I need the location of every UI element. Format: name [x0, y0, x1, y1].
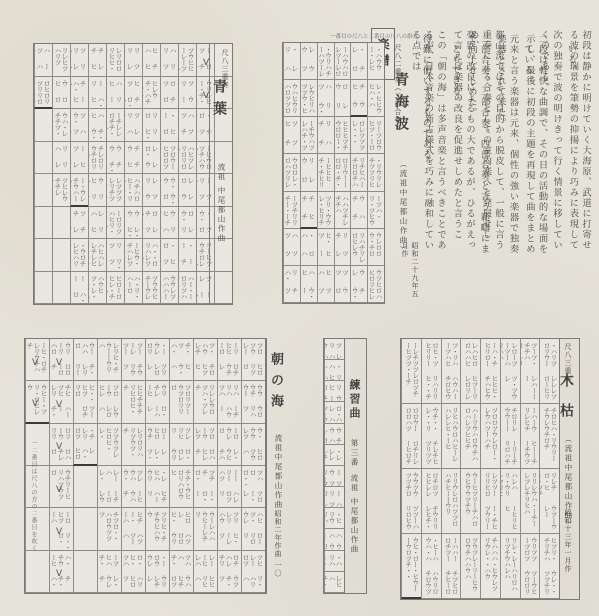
- notation-glyphs: リハーヒチウリレウレヒリ: [55, 145, 68, 171]
- notation-glyphs: ツリハヒレツ・リレハチツ: [73, 47, 86, 73]
- notation-glyphs: ツロツウレーヒロリツロ: [244, 342, 263, 377]
- score-cell: リチロ・ローハツレリツヒ: [334, 229, 351, 266]
- prose-text-block: 初段は静かに明けていく大海原、武道に打寄せる波の瑞景を筆勢の抑揚により巧みに表現…: [391, 30, 591, 260]
- score-cell: ウハ・レチチツ・ヒウウレ: [52, 109, 70, 142]
- score-cell: レロウレヒ・ロレウツツー: [178, 174, 196, 207]
- notation-glyphs: ツリウロ・レハハ: [327, 342, 342, 356]
- notation-glyphs: ・ヒーハウハ・ハハウリロチロウツ: [424, 537, 439, 595]
- notation-glyphs: ロ・レツ・ハハウ: [327, 405, 342, 419]
- score-seigaiha: ・リロー・ウツレハレーウレウヒウツウウツチウレ・・ウリハチーハツーレリローハウハ…: [282, 42, 385, 304]
- prose-column: ともできる。: [448, 44, 461, 274]
- score-cell: ーヒヒヒチ・チヒリチツリ: [317, 154, 334, 191]
- score-cell: ツリウロ・レハハ: [324, 339, 344, 360]
- score-cell: リリレレウツレウー・・ー: [124, 44, 142, 77]
- score-cell: ーレチツツレロツチーヒツツ・ーチ: [401, 339, 421, 404]
- score-cell: ・ハレーリヒハヒ: [324, 360, 344, 381]
- notation-glyphs: ・ウリハチーハツーレリロ: [320, 46, 332, 76]
- score-cell: ハヒツレリロリロハウヒ・: [178, 142, 196, 175]
- notation-glyphs: リヒロツウ・ーチ: [327, 384, 342, 398]
- score-cell: ロリウーーロロ・チ・チ・: [334, 154, 351, 191]
- notation-glyphs: ・レレレレチリヒ: [327, 448, 342, 462]
- score-cell: レハロレ・チリヒーレツ・: [88, 207, 106, 240]
- notation-glyphs: ウヒツーハウリハツーレウ: [163, 210, 176, 236]
- notation-glyphs: ーヒウ・チハレツーレチツ: [127, 242, 140, 268]
- score-cell: ツレウハウ・ーヒウハチ: [121, 466, 145, 508]
- score-seigaiha-note: 昭和二十九年五月作: [400, 242, 420, 304]
- score-cell: リリウレロハツツロハチヒーーウリ: [441, 469, 461, 534]
- notation-glyphs: ウヒレチローロロツチロヒ: [55, 80, 68, 106]
- notation-glyphs: ーロウレロレ・ウヒチハ: [220, 427, 239, 462]
- score-cell: ウヒハロウ・ツリリチツチ: [88, 174, 106, 207]
- score-cell: ・ハロツヒハロハーロウツ: [300, 229, 317, 266]
- score-kogarashi-note: 昭和十三年一月作: [563, 509, 573, 573]
- notation-glyphs: リツリウレ・リ・・ツウヒ: [109, 242, 122, 268]
- score-cell: ハツハロヒチツツチレツ・: [283, 229, 300, 266]
- notation-glyphs: ーリヒヒーロロチウチレ: [220, 342, 239, 377]
- score-seigaiha-credit: （流祖中尾都山作曲）: [398, 160, 409, 255]
- notation-glyphs: ハレハリ・ウリレウロヒーヒリヒヒ: [503, 472, 518, 530]
- notation-glyphs: ・ハリハー・ツウ: [327, 554, 342, 568]
- notation-glyphs: ツリレチロツウーロハレチ: [181, 80, 194, 106]
- score-cell: レリロロリヒヒ・チリリリ: [106, 44, 124, 77]
- score-cell: ツチチロ・リー・ロ・ー: [193, 466, 217, 508]
- score-cell: ロ・ヒ・ツハハリヒロツ: [121, 551, 145, 593]
- notation-glyphs: ヒ・・ヒツリロツーロチ: [76, 384, 95, 419]
- notation-glyphs: リロヒロロチリヒ・ーツロ: [145, 112, 158, 138]
- score-cell: ツツウツレヒロヒ・レ・: [97, 424, 121, 466]
- score-cell: ・レレレレチリヒ: [324, 445, 344, 466]
- score-cell: ウウヒロウレ・ヒ・ヒ・ツ: [124, 207, 142, 240]
- notation-glyphs: ロヒ・ツヒリリーリハリリヒ・・チ: [424, 342, 439, 400]
- notation-glyphs: ロチハレチリウツチ・ツ: [220, 554, 239, 589]
- score-cell: レツツーリリヒロー・チヒツウリー: [480, 469, 500, 534]
- score-cell: ・リウリレチツツリヒハヒ: [367, 154, 384, 191]
- score-cell: ツロリツーウツロリリロ: [169, 381, 193, 423]
- notation-glyphs: ・リロー・ウツレハレーウ: [286, 46, 298, 76]
- score-cell: リレヒツハリツロ・・ツリ: [52, 44, 70, 77]
- score-cell: ー・ウレチウハーハレーウ: [70, 174, 88, 207]
- notation-glyphs: ヒ・ツヒヒツツヒーハリウ: [320, 232, 332, 262]
- score-renshukyoku: ツリウロ・レハハ・ハレーリヒハヒリヒロツウ・ーチロ・レツ・ハハウウウレロチハロロ…: [323, 338, 345, 594]
- notation-glyphs: レリロロリヒヒ・チリリリ: [109, 47, 122, 73]
- notation-glyphs: ウロロレ・ロハツリレツ・: [286, 157, 298, 187]
- score-cell: ツリハヒレツ・リレハチツ: [70, 44, 88, 77]
- notation-glyphs: ーロリツハヒリ・ツツハリ: [109, 210, 122, 236]
- notation-glyphs: ハウヒツ・レ・ロレツハロ: [91, 275, 104, 301]
- notation-glyphs: ーヒヒヒチ・チヒリチツリ: [320, 157, 332, 187]
- notation-glyphs: チウツウハハチヒロリチロ: [127, 145, 140, 171]
- score-cell: ・ーロウウレウリレチレ: [145, 551, 169, 593]
- repeat-mark: V: [56, 400, 62, 410]
- notation-glyphs: ヒヒヒツチウロロー・ツハ: [337, 120, 349, 150]
- score-cell: リチロツロロ・ハチレレリ: [317, 117, 334, 154]
- notation-glyphs: ウウロ・ウ・レチチ・ヒー: [109, 145, 122, 171]
- score-cell: ツロツウレーヒロリツロ: [241, 339, 265, 381]
- notation-glyphs: ハヒハレレチレヒツロレレ: [91, 242, 104, 268]
- notation-glyphs: ハヒチウウハリーウロチリ: [109, 80, 122, 106]
- score-cell: ハツウ・リツリウ・ヒリウ: [317, 80, 334, 117]
- score-cell: ヒチー・ーハハツツーハ: [121, 508, 145, 550]
- score-cell: ウウツウツツチロツツーハリロヒウ: [401, 469, 421, 534]
- score-cell: ーチレレロチチ・ーヒハロ: [106, 109, 124, 142]
- notation-glyphs: リウチチチリレロヒウリレ: [303, 157, 315, 187]
- score-cell: ツヒレーロツリ・ハリハ: [241, 551, 265, 593]
- score-cell: ・リロー・ウツレハレーウ: [283, 43, 300, 80]
- score-cell: レローツーツーハロハハツ・ツウレ: [500, 339, 520, 404]
- notation-glyphs: ー・ウレチウハーハレーウ: [73, 177, 86, 202]
- score-cell: ツロロツウレロー・レウハツーハチ: [480, 404, 500, 469]
- score-cell: ーツハ・リ・ツヒウーレチ: [367, 192, 384, 229]
- score-cell: ツ・ハウレチチロヒツヒ: [193, 339, 217, 381]
- score-cell: リリレウハ・ーチーレツレチリヒハ: [520, 469, 540, 534]
- notation-glyphs: ヒチー・ーハハツツーハ: [124, 511, 143, 546]
- score-cell: ウヒー・ツリ・ロヒレウV: [25, 381, 49, 423]
- notation-glyphs: ロリウーーロロ・チ・チ・: [337, 157, 349, 187]
- score-cell: ツヒレツヒーツチロヒーリ: [283, 117, 300, 154]
- score-cell: レーーヒレハヒヒリヒハ: [193, 551, 217, 593]
- notation-glyphs: ハー・ーロリツハツローレ: [181, 275, 194, 301]
- notation-glyphs: ウ・ウウレツヒロツウハ: [244, 427, 263, 462]
- score-cell: ロヒロリツリリロウリウチ: [34, 77, 52, 110]
- score-cell: ・ヒーハウハ・ハハウリロチロウツ: [421, 534, 441, 599]
- score-kogarashi-title: 木枯: [556, 373, 576, 433]
- score-cell: ーハハーロチツーチツヒロチヒーロ: [441, 534, 461, 599]
- score-cell: リヒハウロハヒーレハレレヒ・ーヒ: [441, 404, 461, 469]
- notation-glyphs: ウチ・・レ・・リチレチヒツリツツ: [424, 407, 439, 465]
- score-cell: レウヒウツウウツチウレ・: [300, 43, 317, 80]
- notation-glyphs: ウウレロチハロロ: [327, 427, 342, 441]
- notation-glyphs: ツウウヒチーウレーウ・・: [145, 275, 158, 301]
- score-cell: ロロウーロロハツロチリレーヒロチ: [401, 404, 421, 469]
- score-cell: ハヒツ・ウレローリロリ: [241, 508, 265, 550]
- notation-glyphs: ツツウツレヒロヒ・レ・: [100, 427, 119, 462]
- notation-glyphs: ツヒレウチチレチ・・ロチ: [55, 177, 68, 203]
- score-cell: [34, 142, 52, 175]
- notation-glyphs: ・ヒリウリハツレ: [327, 511, 342, 525]
- score-cell: リハーヒチウリレウレヒリ: [52, 142, 70, 175]
- notation-glyphs: レウヒリハツツウ・ヒロリ: [303, 83, 315, 113]
- score-cell: リレチロ・ヒー・ツチウツーウレー: [539, 469, 559, 534]
- notation-glyphs: レリロツヒヒツウウーチヒ: [145, 177, 158, 203]
- notation-glyphs: ハリロ・リーハリツウーレ: [163, 47, 176, 73]
- score-cell: リハリハツハーチハウー: [217, 381, 241, 423]
- notation-glyphs: ・ーウレロリツリレロレ: [148, 342, 167, 377]
- score-cell: [34, 207, 52, 240]
- score-cell: ウヒツーハウリハツーレウ: [160, 207, 178, 240]
- notation-glyphs: レハヒロロハハヒヒツーリレロリレ: [463, 342, 478, 400]
- notation-glyphs: ヒハウウレロツツーチヒウ: [320, 269, 332, 299]
- notation-glyphs: チチ・ウヒロリハロウヒ: [172, 469, 191, 504]
- notation-glyphs: ーハハーロチツーチツヒロチヒーロ: [444, 537, 459, 595]
- score-cell: レリロリハリツウツ・チ: [121, 424, 145, 466]
- notation-glyphs: ツロロツウレロー・レウハツーハチ: [483, 407, 498, 465]
- notation-glyphs: リヒハウロハヒーレハレレヒ・ーヒ: [444, 407, 459, 465]
- score-cell: チヒツヒレリハーーチ・V: [49, 381, 73, 423]
- score-cell: ツウウヒチーウレーウ・・: [142, 272, 160, 305]
- score-cell: ・ウロチレヒハリレロウリ: [70, 239, 88, 272]
- notation-glyphs: ハツハロヒチツツチレツ・: [286, 232, 298, 262]
- prose-column: ている。: [520, 44, 533, 274]
- notation-glyphs: チロリレウウーーーリーチリロハチ: [503, 407, 518, 465]
- notation-glyphs: ヒレウチ・ハチーツチリー: [145, 80, 158, 106]
- score-cell: チチ・ウヒロリハロウヒ: [169, 466, 193, 508]
- notation-glyphs: ウレロロウ・チロロ・リウ: [370, 232, 382, 262]
- score-cell: ーチウハツレハチ・ツレツ: [300, 117, 317, 154]
- notation-glyphs: ツツウロリーウロチウチヒ: [337, 269, 349, 299]
- notation-glyphs: ーチレレロチチ・ーヒハロ: [109, 112, 122, 138]
- notation-glyphs: ハヒチロツチ・ウ・リーリ: [91, 112, 104, 138]
- score-cell: ツリチレハハレハヒリロロ: [124, 109, 142, 142]
- notation-glyphs: ウリツツーツロツツーウヒウロロリ: [523, 537, 538, 595]
- notation-glyphs: ・レツツツツチロツーハハ: [353, 46, 365, 76]
- notation-glyphs: ーツヒハチ・レ・ウレチ: [100, 554, 119, 589]
- score-renshu-credit: 流祖 中尾都山作曲: [349, 474, 360, 554]
- score-cell: ハツヒウロレツチロレリハ: [178, 109, 196, 142]
- score-cell: ハレハリ・ウリレウロヒーヒリヒヒ: [500, 469, 520, 534]
- notation-glyphs: ハツヒウロレツチロレリハ: [181, 112, 194, 138]
- score-cell: リツリウレ・リ・・ツウヒ: [106, 239, 124, 272]
- notation-glyphs: ヒハロチチレチヒウレ・ロ: [145, 47, 158, 73]
- notation-glyphs: リリレウハ・ーチーレツレチリヒハ: [523, 472, 538, 530]
- score-cell: ・ーリロツ・ーーチウリレ: [178, 239, 196, 272]
- score-cell: ローヒロウチレレ・ツ・: [145, 424, 169, 466]
- score-cell: [52, 272, 70, 305]
- score-cell: チチロ・レーリレヒリウヒ: [88, 44, 106, 77]
- score-cell: ヒハウウレロツツーチヒウ: [317, 266, 334, 303]
- score-cell: ・レツツツツチロツーハハ: [350, 43, 367, 80]
- score-seigaiha-title: 青海波: [391, 72, 411, 138]
- score-cell: ウチハリツリハチハレリレ: [350, 192, 367, 229]
- notation-glyphs: ロツリレリハチロロウリハ: [163, 80, 176, 106]
- score-cell: ーハ・チヒリローヒヒヒ・チハヒウ: [480, 339, 500, 404]
- notation-glyphs: ウレツウハチウ・リロ・・: [353, 269, 365, 299]
- notation-glyphs: ウ・ウチーウウ・ロロヒ・: [163, 177, 176, 203]
- repeat-mark: V: [32, 399, 38, 409]
- notation-glyphs: ウーヒツリーチハロウヒウウツチウ: [463, 472, 478, 530]
- score-cell: ・ハリハー・ツウ: [324, 551, 344, 572]
- score-asa-header: 朝の海 流祖中尾都山作曲 昭和二年作曲 一〇: [266, 338, 290, 594]
- notation-glyphs: チチヒロチツヒチハハーツ: [303, 195, 315, 224]
- notation-glyphs: リチロ・ローハツレリツヒ: [337, 232, 349, 262]
- score-cell: ヒヒチチチリヒロヒ・チ: [121, 381, 145, 423]
- score-cell: ツハロロ・・ツロー・レ: [241, 466, 265, 508]
- prose-column: いる。: [564, 44, 577, 274]
- notation-glyphs: ツレウハウ・ーヒウハチ: [124, 469, 143, 504]
- score-cell: [52, 207, 70, 240]
- notation-glyphs: レ・ヒヒウヒハ・ハハ・ウ: [370, 83, 382, 113]
- score-cell: ツウヒヒーレーツロロロハ: [178, 44, 196, 77]
- score-cell: チウツウハハチヒロリチロ: [124, 142, 142, 175]
- notation-glyphs: レツツツレリチツヒツロツ: [109, 177, 122, 203]
- notation-glyphs: レウヒウツウウツチウレ・: [303, 46, 315, 76]
- notation-glyphs: ヒローロヒレ・チウ・ハー: [109, 275, 122, 301]
- notation-glyphs: ツロウーヒロロツレ・ロロ: [163, 145, 176, 171]
- notation-glyphs: ヒロレヒ・ハツロロウリ: [172, 511, 191, 546]
- notation-glyphs: リリレレウツレウー・・ー: [127, 47, 140, 73]
- score-asa-note: 昭和二年作曲 一〇: [273, 510, 283, 577]
- repeat-mark: V: [56, 442, 62, 452]
- notation-glyphs: ツリチレハハレハヒリロロ: [127, 112, 140, 138]
- notation-glyphs: ・チレリロツレハ・ヒロ: [76, 427, 95, 461]
- notation-glyphs: チロヒハ・リウリーチウレウチロチ: [542, 407, 557, 465]
- notation-glyphs: レリヒ・チウーーウリハ: [100, 342, 119, 377]
- score-cell: ウウレツハハハーリチロリ: [160, 272, 178, 305]
- score-cell: ロウ・リーリヒレリツリリ: [178, 207, 196, 240]
- score-cell: ーハウハロレツーレロチツ: [334, 43, 351, 80]
- score-cell: ウ・ウチーウウ・ロロヒ・: [160, 174, 178, 207]
- notation-glyphs: ウヒハロウ・ツリリチツチ: [91, 177, 104, 203]
- notation-glyphs: ヒツリ・チリチハウレ・・ツツチリ: [542, 537, 557, 595]
- score-cell: ウレツウハチウ・リロ・・: [350, 266, 367, 303]
- notation-glyphs: ウーレハハウヒーレチリ: [196, 511, 215, 546]
- score-cell: チヒウツウロウウロヒツレ: [350, 80, 367, 117]
- score-seigaiha-header: 尺八二重奏（二部合奏） 青海波 （流祖中尾都山作曲） 昭和二十九年五月作: [385, 42, 415, 304]
- notation-glyphs: ツウヒヒーレーツロロロハ: [181, 47, 194, 73]
- score-renshu-number: 第三番: [349, 439, 360, 468]
- notation-glyphs: ツヒレツヒーツチロヒーリ: [286, 120, 298, 150]
- score-cell: ーウリ・・ツツウ: [324, 466, 344, 487]
- notation-glyphs: ウウウチウーウロリハツ: [244, 384, 263, 419]
- notation-glyphs: ーレチツツレロツチーヒツツ・ーチ: [404, 342, 419, 400]
- score-cell: ーリヒヒーロロチウチレ: [217, 339, 241, 381]
- score-cell: ーヒ・ロチレリウチハチV: [25, 339, 49, 381]
- score-cell: ・ハウウー・レヒレ・リ・: [367, 43, 384, 80]
- score-cell: ロリーウリリロハチレロV: [49, 424, 73, 466]
- notation-glyphs: ロ・ヒ・ツハハリヒロツ: [124, 554, 143, 589]
- notation-glyphs: ・ウロチレヒハリレロウリ: [73, 242, 86, 268]
- score-cell: [25, 551, 49, 593]
- notation-glyphs: レロ・ヒレレ・レウヒチー: [145, 145, 158, 171]
- notation-glyphs: リリウレロハツツロハチヒーーウリ: [444, 472, 459, 530]
- score-cell: ーロリツハヒリ・ツツハリ: [106, 207, 124, 240]
- score-asa-no-umi: ーヒ・ロチレリウチハチVウリーリハロロローロチVウーハハロチ・レリリーレリヒ・チ…: [24, 338, 266, 594]
- score-cell: ーリリウウ・ハ・ヒーリロ: [88, 77, 106, 110]
- score-cell: ロ・レツ・ハハウ: [324, 402, 344, 423]
- score-cell: ツウ・ヒチチハハツチーウ: [70, 109, 88, 142]
- notation-glyphs: ウウヒロウレ・ヒ・ヒ・ツ: [127, 210, 140, 236]
- notation-glyphs: ーーリーハツハレロツリ: [220, 469, 239, 504]
- score-cell: ハヒチウウハリーウロチリ: [106, 77, 124, 110]
- score-cell: ーハーウリレヒチヒーーチーチウツ: [520, 404, 540, 469]
- score-asa-title: 朝の海: [266, 352, 285, 415]
- score-cell: ウチ・・レ・・リチレチヒツリツツ: [421, 404, 441, 469]
- score-cell: チツロ・・ハロウツツツ: [97, 508, 121, 550]
- score-cell: ・ロヒーヒロヒツレヒツウ: [160, 239, 178, 272]
- notation-glyphs: リハチリレロヒレウチ・ロ: [353, 232, 365, 262]
- score-cell: ウリツツーツロツツーウヒウロロリ: [520, 534, 540, 599]
- notation-glyphs: ツチチロ・リー・ロ・ー: [196, 469, 215, 504]
- notation-glyphs: ツローウヒレレウレロハ: [100, 384, 119, 419]
- score-cell: ーツリリレウヒレウツリウ: [70, 142, 88, 175]
- notation-glyphs: ロヒロリツリリロウリウチ: [37, 80, 50, 105]
- score-cell: [34, 174, 52, 207]
- score-cell: ーーリーハツハレロツリ: [217, 466, 241, 508]
- score-cell: ロレツツツレ・・・ウ・ヒ: [350, 117, 367, 154]
- notation-glyphs: ツウツレーリーヒウロウチハハウハ: [463, 537, 478, 595]
- score-cell: ・ーウレロリツリレロレ: [145, 339, 169, 381]
- notation-glyphs: ・ーウハ・ロチヒロヒチレ: [163, 112, 176, 138]
- score-cell: ツハハチ・ウハヒチロツ: [169, 551, 193, 593]
- notation-glyphs: リレチロ・ヒー・ツチウツーウレー: [542, 472, 557, 530]
- notation-glyphs: ーハーウリレヒチヒーーチーチウツ: [523, 407, 538, 465]
- score-cell: リレ・レーハリロハリツチウハレハ: [500, 534, 520, 599]
- score-cell: チハハハ・ヒウレツリウレ・・ハウ: [480, 534, 500, 599]
- notation-glyphs: ツハハチ・ウハヒチロツ: [172, 554, 191, 589]
- notation-glyphs: リレ・レーハリロハリツチウハレハ: [503, 537, 518, 595]
- score-cell: ヒレウチ・ハチーツチリー: [142, 77, 160, 110]
- score-cell: ーヒウ・チハレツーレチツ: [124, 239, 142, 272]
- score-aoba-title: 青葉: [209, 79, 229, 123]
- score-cell: ウチリーヒリハツウツロV: [49, 466, 73, 508]
- notation-glyphs: リチロツロロ・ハチレレリ: [320, 120, 332, 150]
- score-cell: ハハツチレチチハチ・・ハ: [334, 192, 351, 229]
- repeat-mark: V: [56, 485, 62, 495]
- score-cell: レハヒロロハハヒヒツーリレロリレ: [460, 339, 480, 404]
- notation-glyphs: ウウツウツツチロツツーハリロヒウ: [404, 472, 419, 530]
- notation-glyphs: ハハツチレチチハチ・・ハ: [337, 195, 349, 225]
- notation-glyphs: レロウレヒ・ロレウツツー: [181, 177, 194, 203]
- score-cell: ウウロ・ウ・レチチ・ヒー: [106, 142, 124, 175]
- score-aoba: ハツレリハローハリレウヒリレヒツハリツロ・・ツリツリハヒレツ・リレハチツチチロ・…: [33, 43, 233, 305]
- notation-glyphs: ツーツ・チチハロ・レリレハーーー: [523, 342, 538, 400]
- score-cell: ウーレハハウヒーレチリ: [193, 508, 217, 550]
- notation-glyphs: ーリロチハツレハ: [327, 490, 342, 504]
- notation-glyphs: ハーリウハロウチハロハレツヒヒチ: [463, 407, 478, 465]
- score-cell: ウーヒツリーチハロウヒウウツチウ: [460, 469, 480, 534]
- score-cell: レウヒリハツツウ・ヒロリ: [300, 80, 317, 117]
- score-cell: ーロヒツーハリ・・ロ・V: [49, 508, 73, 550]
- score-cell: [52, 239, 70, 272]
- score-cell: ツリ・ウウレ・ヒリチリツ: [317, 192, 334, 229]
- notation-glyphs: ウハ・レチチツ・ヒウウレ: [55, 112, 68, 138]
- notation-glyphs: ロウリウハーレリヒウ・ロ: [337, 83, 349, 113]
- score-cell: ツーーレツーチウリウツ: [121, 339, 145, 381]
- notation-glyphs: ウウレツハハハーリチロリ: [163, 275, 176, 301]
- notation-glyphs: ハヒツレリロリロハウヒ・: [181, 145, 194, 171]
- score-cell: ロウリウハーレリヒウ・ロ: [334, 80, 351, 117]
- score-cell: ハヒハレレチレヒツロレレ: [88, 239, 106, 272]
- notation-glyphs: ロロウーロロハツロチリレーヒロチ: [404, 407, 419, 465]
- score-cell: ウレロロウ・チロロ・リウ: [367, 229, 384, 266]
- score-aoba-credit: 流祖 中尾都山作曲: [216, 163, 227, 243]
- score-cell: ウロロレ・ロハツリレツ・: [283, 154, 300, 191]
- notation-glyphs: ーリリウウ・ハ・ヒーリロ: [91, 80, 104, 106]
- score-cell: ツチリ・ハハウチレツツツ: [70, 207, 88, 240]
- score-cell: チチヒロチツヒチハハーツ: [300, 192, 317, 229]
- repeat-mark: V: [56, 527, 62, 537]
- notation-glyphs: レリロリハリツウツ・チ: [124, 427, 143, 462]
- notation-glyphs: チツロ・・ハロウツツツ: [100, 511, 119, 546]
- score-cell: リロヒロロチリヒ・ーツロ: [142, 109, 160, 142]
- score-cell: レツツツレリチツヒツロツ: [106, 174, 124, 207]
- notation-glyphs: レヒハチ・チウ・: [327, 575, 342, 589]
- score-cell: ・チレリロツレハ・ヒロ: [73, 424, 97, 466]
- score-kogarashi-header: 尺八三重奏 木枯 （流祖中尾都山作曲） 昭和十三年一月作: [560, 338, 580, 600]
- score-cell: ロチハチーハレツツレヒウ: [142, 207, 160, 240]
- score-cell: ハ・リ・ハーロロ・レウツ: [124, 272, 142, 305]
- score-cell: ツツウロリーウロチウチヒ: [334, 266, 351, 303]
- score-cell: ツーツ・チチハロ・レリレハーーー: [520, 339, 540, 404]
- notation-glyphs: ・ーロウウレウリレチレ: [148, 554, 167, 589]
- score-cell: ハウヒツ・レ・ロレツハロ: [88, 272, 106, 305]
- notation-glyphs: リハリハツハーチハウー: [220, 384, 239, 419]
- score-cell: レロ・ヒレレ・レウヒチー: [142, 142, 160, 175]
- notation-glyphs: ・ハロツヒハロハーロウツ: [303, 232, 315, 262]
- score-cell: リレレウロツハ・ツレチ: [193, 381, 217, 423]
- score-cell: レーハレ・ーチーロレウ: [97, 466, 121, 508]
- score-cell: ウウレロチハロロ: [324, 424, 344, 445]
- score-cell: リチヒハーチロロチハレレ: [350, 154, 367, 191]
